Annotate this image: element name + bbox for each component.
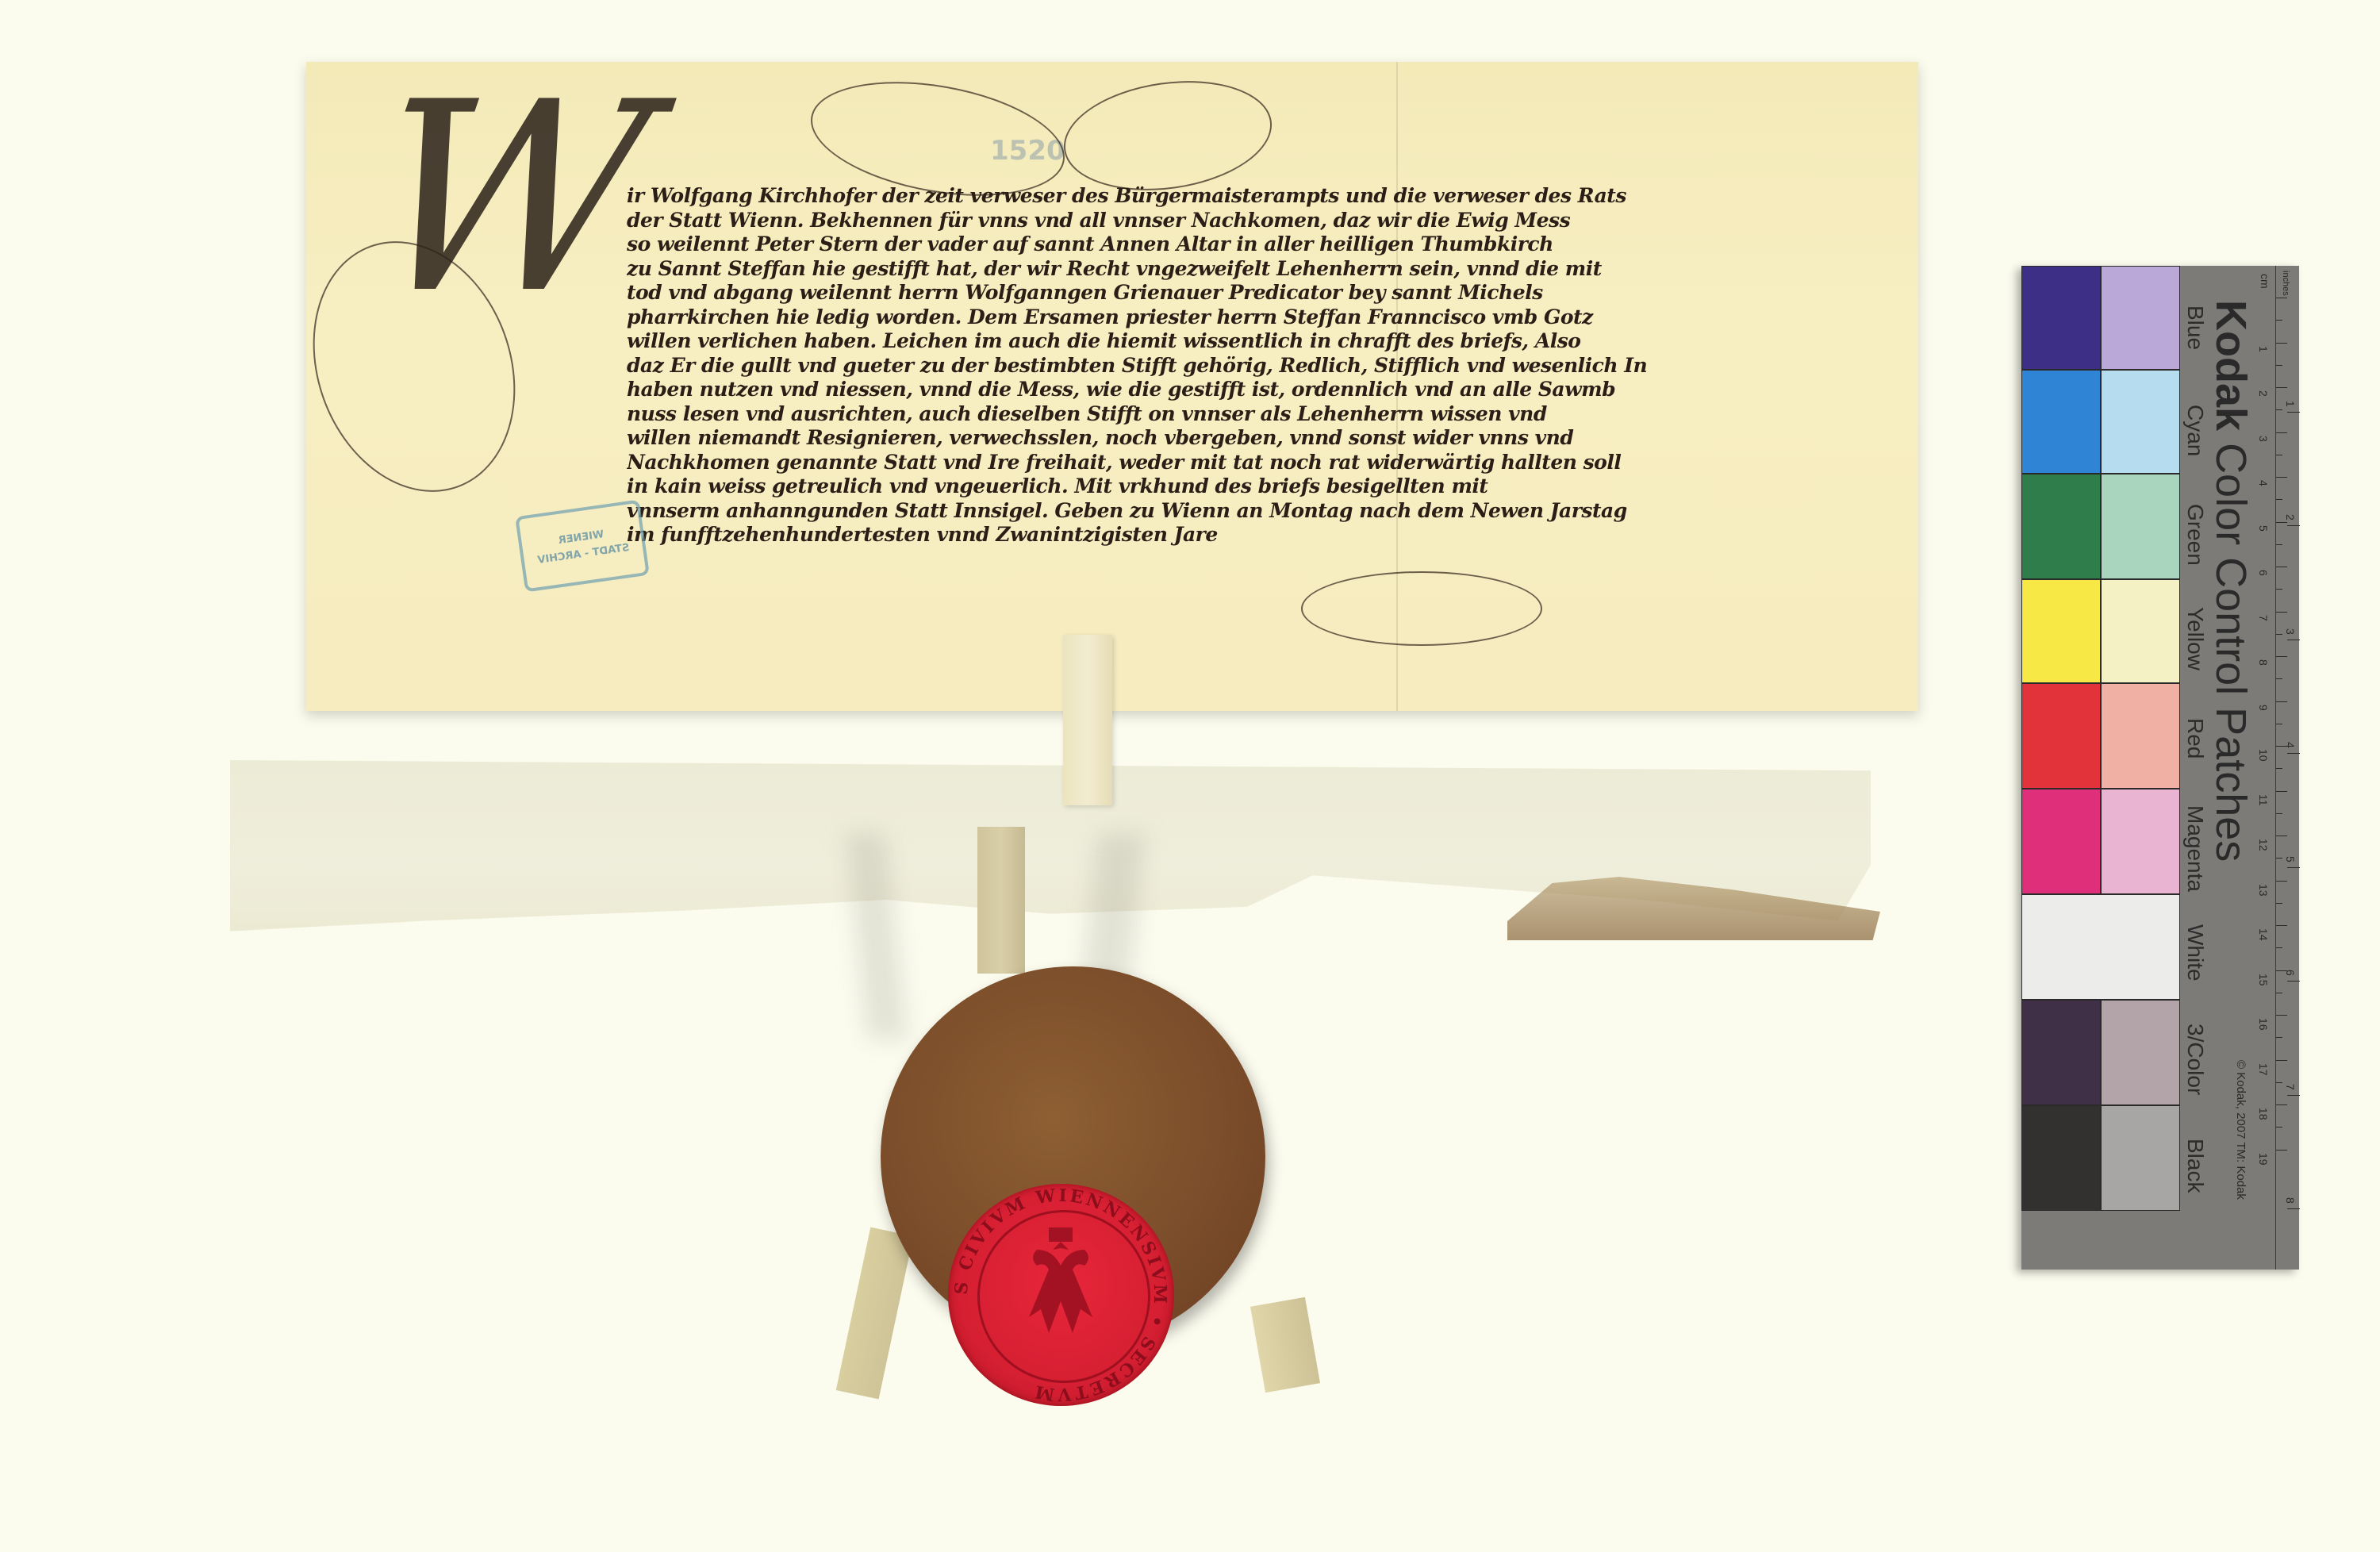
- patch-label-cyan: Cyan: [2182, 405, 2208, 456]
- text-line: ir Wolfgang Kirchhofer der zeit verweser…: [627, 184, 1761, 209]
- ruler-cm-number: 2: [2257, 390, 2270, 397]
- patch-cyan-dark: [2021, 370, 2101, 474]
- ruler-inch-number: 3: [2284, 628, 2297, 635]
- text-line: haben nutzen vnd niessen, vnnd die Mess,…: [627, 378, 1761, 402]
- decorated-initial-letter: W: [351, 67, 655, 369]
- patch-cyan-light: [2101, 370, 2180, 474]
- ruler-tick: [2276, 499, 2282, 500]
- text-line: willen verlichen haben. Leichen im auch …: [627, 329, 1761, 354]
- ruler-tick: [2276, 343, 2287, 344]
- ruler-tick: [2276, 589, 2282, 590]
- patch-label-black: Black: [2182, 1139, 2208, 1193]
- ruler-tick: [2287, 981, 2300, 982]
- seal-strap-end-right: [1250, 1297, 1320, 1393]
- patch-magenta-dark: [2021, 789, 2101, 894]
- ruler-cm-number: 4: [2257, 480, 2270, 486]
- ruler-inch-number: 8: [2284, 1197, 2297, 1204]
- ruler-cm-number: 14: [2257, 928, 2270, 941]
- ruler-tick: [2276, 612, 2287, 613]
- ruler-cm-number: 11: [2257, 794, 2270, 806]
- ruler-inch-label: inches: [2281, 271, 2290, 296]
- text-line: pharrkirchen hie ledig worden. Dem Ersam…: [627, 305, 1761, 330]
- ruler-cm-number: 8: [2257, 659, 2270, 666]
- charter-text-block: ir Wolfgang Kirchhofer der zeit verweser…: [627, 184, 1761, 547]
- ruler-tick: [2287, 867, 2300, 868]
- text-line: Nachkhomen genannte Statt vnd Ire freiha…: [627, 451, 1761, 475]
- ruler-tick: [2276, 365, 2282, 366]
- patch-3color-light: [2101, 1000, 2180, 1105]
- ruler-inch-number: 4: [2284, 742, 2297, 748]
- patch-yellow-light: [2101, 579, 2180, 683]
- ruler-tick: [2276, 522, 2287, 523]
- ruler-scale: cm inches 123456789101112131415161718191…: [2275, 266, 2300, 1270]
- ruler-inch-number: 2: [2284, 514, 2297, 521]
- text-line: willen niemandt Resignieren, verwechssle…: [627, 426, 1761, 451]
- ruler-tick: [2287, 525, 2300, 526]
- double-headed-eagle-icon: [1001, 1226, 1120, 1361]
- seal-strap-lower: [977, 827, 1025, 974]
- patch-blue-dark: [2021, 266, 2101, 370]
- ruler-tick: [2276, 1037, 2282, 1038]
- ruler-cm-number: 5: [2257, 525, 2270, 532]
- ruler-tick: [2276, 656, 2287, 657]
- patch-red-dark: [2021, 683, 2101, 789]
- ruler-tick: [2276, 768, 2282, 769]
- patch-red-light: [2101, 683, 2180, 789]
- patch-green-light: [2101, 474, 2180, 579]
- patch-label-magenta: Magenta: [2182, 805, 2208, 892]
- flourish-loop-bottom: [1301, 571, 1542, 646]
- patch-black-dark: [2021, 1105, 2101, 1211]
- patch-label-3color: 3/Color: [2182, 1024, 2208, 1095]
- ruler-tick: [2276, 925, 2287, 926]
- patch-blue-light: [2101, 266, 2180, 370]
- text-line: tod vnd abgang weilennt herrn Wolfgannge…: [627, 281, 1761, 305]
- ruler-cm-number: 10: [2257, 749, 2270, 762]
- ruler-cm-number: 16: [2257, 1018, 2270, 1031]
- ruler-cm-number: 13: [2257, 884, 2270, 897]
- text-line: vnnserm anhanngunden Statt Innsigel. Geb…: [627, 499, 1761, 524]
- patch-label-yellow: Yellow: [2182, 607, 2208, 670]
- text-line: zu Sannt Steffan hie gestifft hat, der w…: [627, 257, 1761, 282]
- ruler-tick: [2276, 1104, 2287, 1105]
- ruler-tick: [2276, 993, 2282, 993]
- ruler-cm-number: 6: [2257, 570, 2270, 576]
- ruler-tick: [2276, 387, 2287, 388]
- ruler-tick: [2276, 567, 2287, 567]
- ruler-tick: [2276, 701, 2287, 702]
- ruler-cm-number: 3: [2257, 436, 2270, 442]
- ruler-tick: [2276, 858, 2282, 859]
- ruler-tick: [2276, 1127, 2282, 1128]
- patch-label-blue: Blue: [2182, 305, 2208, 350]
- ruler-tick: [2276, 903, 2282, 904]
- kodak-brand: Kodak: [2207, 300, 2255, 431]
- patch-magenta-light: [2101, 789, 2180, 894]
- patch-green-dark: [2021, 474, 2101, 579]
- patch-label-white: White: [2182, 924, 2208, 982]
- text-line: der Statt Wienn. Bekhennen für vnns vnd …: [627, 209, 1761, 233]
- ruler-tick: [2276, 678, 2282, 679]
- ruler-cm-label: cm: [2259, 274, 2271, 289]
- ruler-cm-number: 15: [2257, 974, 2270, 986]
- ruler-tick: [2276, 634, 2282, 635]
- ruler-tick: [2276, 544, 2282, 545]
- ruler-tick: [2287, 753, 2300, 754]
- patch-label-green: Green: [2182, 504, 2208, 566]
- text-line: im funfftzehenhundertesten vnnd Zwanintz…: [627, 523, 1761, 547]
- ruler-inch-number: 7: [2284, 1084, 2297, 1090]
- kodak-title-text: Color Control Patches: [2207, 443, 2255, 862]
- ruler-tick: [2276, 724, 2282, 724]
- ruler-inch-number: 6: [2284, 970, 2297, 976]
- text-line: in kain weiss getreulich vnd vngeuerlich…: [627, 474, 1761, 499]
- ruler-tick: [2276, 1060, 2287, 1061]
- patch-3color-dark: [2021, 1000, 2101, 1105]
- ruler-inch-number: 1: [2284, 401, 2297, 407]
- ruler-tick: [2276, 320, 2282, 321]
- ruler-tick: [2276, 455, 2282, 455]
- patch-yellow-dark: [2021, 579, 2101, 683]
- ruler-tick: [2276, 881, 2287, 882]
- ruler-tick: [2276, 1082, 2282, 1083]
- ruler-tick: [2276, 947, 2282, 948]
- ruler-cm-number: 19: [2257, 1153, 2270, 1166]
- text-line: so weilennt Peter Stern der vader auf sa…: [627, 232, 1761, 257]
- ruler-tick: [2276, 836, 2287, 836]
- ruler-tick: [2287, 640, 2300, 640]
- ruler-cm-number: 9: [2257, 705, 2270, 711]
- ruler-cm-number: 7: [2257, 615, 2270, 621]
- kodak-title: Kodak Color Control Patches: [2206, 300, 2255, 862]
- ruler-tick: [2276, 409, 2282, 410]
- seal-strap-end-left: [836, 1227, 913, 1400]
- ruler-tick: [2276, 1015, 2287, 1016]
- text-line: nuss lesen vnd ausrichten, auch dieselbe…: [627, 402, 1761, 427]
- ruler-cm-number: 17: [2257, 1063, 2270, 1076]
- ruler-tick: [2276, 813, 2282, 814]
- patch-black-light: [2101, 1105, 2180, 1211]
- kodak-copyright: © Kodak, 2007 TM: Kodak: [2234, 1060, 2248, 1200]
- ruler-tick: [2276, 791, 2287, 792]
- ruler-tick: [2287, 1095, 2300, 1096]
- ruler-tick: [2276, 477, 2287, 478]
- ruler-tick: [2276, 432, 2287, 433]
- ruler-inch-number: 5: [2284, 856, 2297, 862]
- patch-label-red: Red: [2182, 718, 2208, 759]
- ruler-cm-number: 1: [2257, 346, 2270, 352]
- ruler-cm-number: 18: [2257, 1108, 2270, 1120]
- seal-strap-upper: [1063, 635, 1112, 805]
- ruler-tick: [2287, 1208, 2300, 1209]
- ruler-tick: [2287, 412, 2300, 413]
- ruler-cm-number: 12: [2257, 839, 2270, 851]
- patch-white: [2021, 894, 2180, 1000]
- ruler-tick: [2276, 1150, 2287, 1151]
- text-line: daz Er die gullt vnd gueter zu der besti…: [627, 354, 1761, 378]
- ruler-tick: [2276, 298, 2287, 298]
